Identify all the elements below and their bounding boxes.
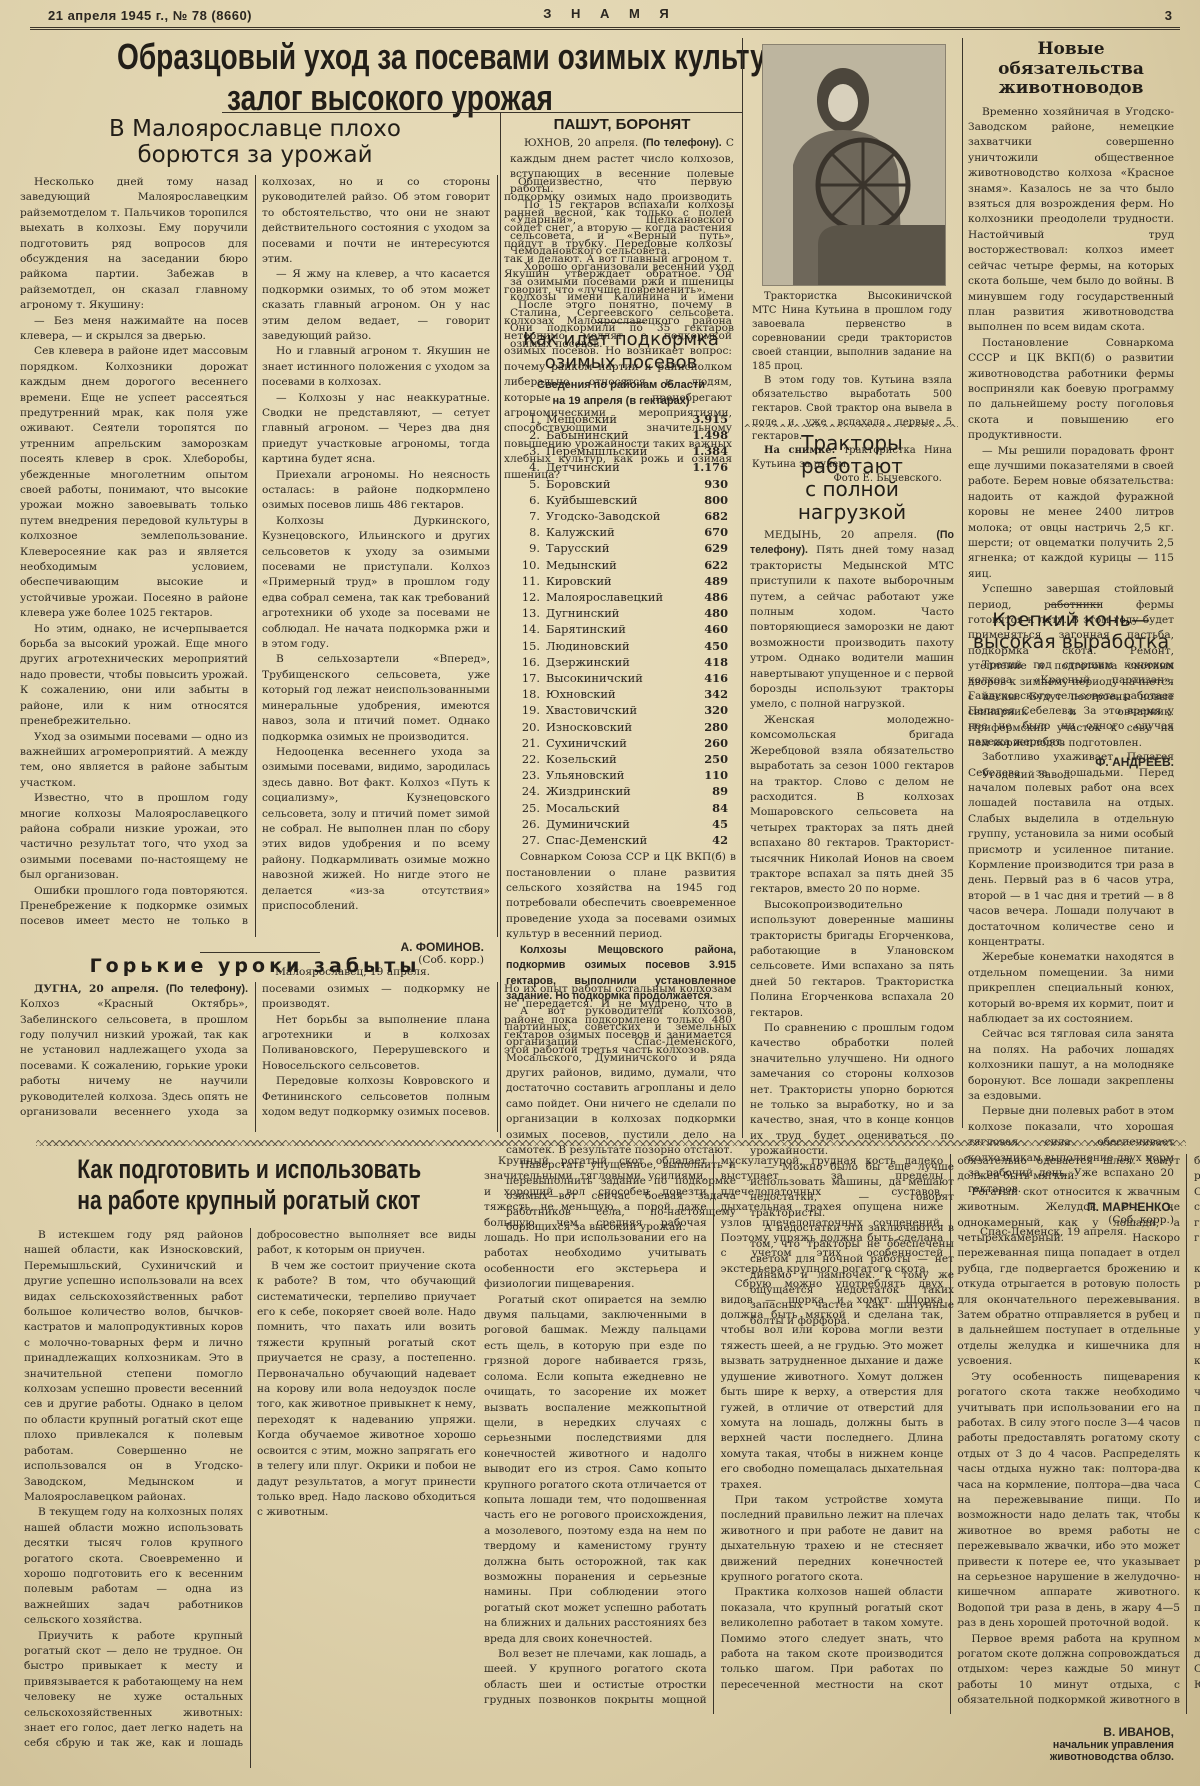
paragraph: Таким образом приучение крупного рогатог…: [1194, 1539, 1200, 1693]
paragraph: Сев клевера в районе идет массовым поряд…: [20, 344, 248, 621]
table-row: 3.Перемышльский1.384: [506, 443, 728, 459]
row-number: 10.: [506, 557, 546, 573]
hectares-value: 110: [668, 767, 728, 783]
row-number: 24.: [506, 783, 546, 799]
hectares-value: 486: [668, 589, 728, 605]
title-line: озимых посевов: [506, 351, 736, 374]
hectares-value: 480: [668, 605, 728, 621]
row-number: 4.: [506, 459, 546, 475]
page-number: 3: [1165, 8, 1172, 23]
row-number: 18.: [506, 686, 546, 702]
masthead-rule: [30, 27, 1180, 30]
author-role: животноводства облзо.: [960, 1751, 1174, 1763]
paragraph: По сравнению с прошлым годом качество об…: [750, 1021, 954, 1160]
table-row: 19.Хвастовичский320: [506, 702, 728, 718]
paragraph: Нет борьбы за выполнение плана агротехни…: [262, 1013, 490, 1075]
hectares-value: 260: [668, 735, 728, 751]
paragraph: При таком устройстве хомута последний пр…: [721, 1493, 944, 1585]
table-row: 18.Юхновский342: [506, 686, 728, 702]
district-name: Малоярославецкий: [546, 589, 668, 605]
hectares-value: 930: [668, 476, 728, 492]
district-name: Дзержинский: [546, 654, 668, 670]
table-row: 21.Сухиничский260: [506, 735, 728, 751]
tractor-driver-illustration: [763, 45, 945, 285]
table-row: 10.Медынский622: [506, 557, 728, 573]
district-name: Жиздринский: [546, 783, 668, 799]
paragraph: Но и главный агроном т. Якушин не знает …: [262, 344, 490, 390]
paragraph: Эту особенность пищеварения рогатого ско…: [957, 1370, 1180, 1632]
title-line: Как подготовить и использовать: [77, 1154, 412, 1185]
row-number: 3.: [506, 443, 546, 459]
table-row: 24.Жиздринский89: [506, 783, 728, 799]
hectares-value: 45: [668, 816, 728, 832]
row-number: 19.: [506, 702, 546, 718]
article-title: Тракторы работают с полной нагрузкой: [750, 432, 954, 524]
table-row: 14.Барятинский460: [506, 621, 728, 637]
section-rule: [200, 952, 320, 953]
hectares-value: 1.176: [668, 459, 728, 475]
row-number: 2.: [506, 427, 546, 443]
table-row: 25.Мосальский84: [506, 800, 728, 816]
photo-tractor-driver: [762, 44, 946, 286]
dateline: ЮХНОВ, 20 апреля.: [524, 137, 638, 149]
table-row: 5.Боровский930: [506, 476, 728, 492]
masthead: 21 апреля 1945 г., № 78 (8660) З Н А М Я…: [40, 6, 1180, 28]
article-cattle-title: Как подготовить и использовать на работе…: [30, 1154, 460, 1216]
row-number: 26.: [506, 816, 546, 832]
paragraph: Женская молодежно-комсомольская бригада …: [750, 713, 954, 898]
row-number: 16.: [506, 654, 546, 670]
article-title: Горькие уроки забыты: [20, 956, 490, 978]
paragraph: По 15 гектаров вспахали колхозы «Ударный…: [510, 198, 734, 260]
highlight-paragraph: Колхозы Мещовского района, подкормив ози…: [506, 943, 736, 1005]
row-number: 20.: [506, 719, 546, 735]
article-title: Крепкий конь— высокая выработка: [968, 610, 1174, 654]
district-name: Перемышльский: [546, 443, 668, 459]
district-name: Юхновский: [546, 686, 668, 702]
table-row: 6.Куйбышевский800: [506, 492, 728, 508]
table-row: 26.Думиничский45: [506, 816, 728, 832]
article-gorkie-uroki: Горькие уроки забыты ДУГНА, 20 апреля. (…: [20, 956, 490, 1132]
district-name: Куйбышевский: [546, 492, 668, 508]
title-line: борются за урожай: [20, 142, 490, 168]
paragraph: — Я жму на клевер, а что касается подкор…: [262, 267, 490, 344]
table-row: 15.Людиновский450: [506, 638, 728, 654]
district-name: Сухиничский: [546, 735, 668, 751]
table-row: 20.Износковский280: [506, 719, 728, 735]
table-row: 23.Ульяновский110: [506, 767, 728, 783]
section-divider: [36, 1140, 1186, 1146]
paragraph: Но этим, однако, не исчерпывается борьба…: [20, 622, 248, 730]
district-name: Дугнинский: [546, 605, 668, 621]
column-divider: [742, 38, 743, 1138]
hectares-value: 342: [668, 686, 728, 702]
table-row: 4.Детчинский1.176: [506, 459, 728, 475]
row-number: 22.: [506, 751, 546, 767]
hectares-value: 629: [668, 540, 728, 556]
hectares-value: 450: [668, 638, 728, 654]
title-line: животноводов: [968, 79, 1174, 99]
hectares-value: 42: [668, 832, 728, 848]
district-name: Бабынинский: [546, 427, 668, 443]
paragraph: В текущем году на колхозных полях нашей …: [24, 1505, 243, 1628]
table-row: 22.Козельский250: [506, 751, 728, 767]
district-name: Спас-Деменский: [546, 832, 668, 848]
article-body: ЮХНОВ, 20 апреля. (По телефону). С кажды…: [510, 136, 734, 352]
district-name: Людиновский: [546, 638, 668, 654]
article-body: ДУГНА, 20 апреля. (По телефону). Колхоз …: [20, 982, 490, 1132]
hectares-value: 250: [668, 751, 728, 767]
district-name: Козельский: [546, 751, 668, 767]
article-maloyaroslavets: В Малоярославце плохо борются за урожай …: [20, 116, 490, 978]
subtitle-line: на 19 апреля (в гектарах): [506, 393, 736, 409]
district-name: Боровский: [546, 476, 668, 492]
district-name: Тарусский: [546, 540, 668, 556]
hectares-value: 416: [668, 670, 728, 686]
article-pashut-boronyat: ПАШУТ, БОРОНЯТ ЮХНОВ, 20 апреля. (По тел…: [510, 116, 734, 352]
feeding-report: Как идет подкормка озимых посевов Сведен…: [506, 328, 736, 1235]
row-number: 27.: [506, 832, 546, 848]
title-line: высокая выработка: [968, 632, 1174, 654]
district-name: Калужский: [546, 524, 668, 540]
hectares-value: 84: [668, 800, 728, 816]
table-row: 9.Тарусский629: [506, 540, 728, 556]
report-subtitle: Сведения по районам области на 19 апреля…: [506, 377, 736, 409]
paragraph: Несколько дней тому назад заведующий Мал…: [20, 175, 248, 314]
hectares-value: 682: [668, 508, 728, 524]
title-line: В Малоярославце плохо: [20, 116, 490, 142]
paragraph: — Без меня нажимайте на посев клевера, —…: [20, 314, 248, 345]
row-number: 17.: [506, 670, 546, 686]
paragraph: — Мы решили порадовать фронт еще лучшими…: [968, 444, 1174, 583]
paragraph: Рогатый скот опирается на землю двумя па…: [484, 1293, 707, 1647]
table-row: 16.Дзержинский418: [506, 654, 728, 670]
row-number: 11.: [506, 573, 546, 589]
district-name: Ульяновский: [546, 767, 668, 783]
table-row: 11.Кировский489: [506, 573, 728, 589]
table-row: 13.Дугнинский480: [506, 605, 728, 621]
article-title: Новые обязательства животноводов: [968, 40, 1174, 99]
paragraph: Заботливо ухаживает Пелагея Себелева за …: [968, 750, 1174, 950]
paragraph: Уход за озимыми посевами — одно из важне…: [20, 730, 248, 792]
table-row: 1.Мещовский3.915: [506, 411, 728, 427]
hectares-value: 460: [668, 621, 728, 637]
table-row: 12.Малоярославецкий486: [506, 589, 728, 605]
district-name: Мещовский: [546, 411, 668, 427]
district-name: Кировский: [546, 573, 668, 589]
dateline: ДУГНА, 20 апреля.: [34, 983, 159, 995]
row-number: 23.: [506, 767, 546, 783]
district-table: 1.Мещовский3.9152.Бабынинский1.4983.Пере…: [506, 411, 736, 848]
hectares-value: 489: [668, 573, 728, 589]
table-row: 17.Высокиничский416: [506, 670, 728, 686]
paragraph: Чтобы своевременно подготовить крупный р…: [1194, 1246, 1200, 1539]
column-divider: [500, 112, 501, 1138]
paragraph: В чем же состоит приучение скота к работ…: [257, 1259, 476, 1521]
banner-underline: [222, 112, 742, 113]
row-number: 25.: [506, 800, 546, 816]
paragraph: Постановление Совнаркома СССР и ЦК ВКП(б…: [968, 336, 1174, 444]
hectares-value: 800: [668, 492, 728, 508]
row-number: 12.: [506, 589, 546, 605]
table-row: 7.Угодско-Заводской682: [506, 508, 728, 524]
district-name: Износковский: [546, 719, 668, 735]
banner-line-1: Образцовый уход за посевами озимых культ…: [117, 36, 663, 77]
row-number: 9.: [506, 540, 546, 556]
paragraph: Недооценка весеннего ухода за озимыми по…: [262, 745, 490, 914]
paragraph: Жеребые конематки находятся в отдельном …: [968, 950, 1174, 1027]
row-number: 8.: [506, 524, 546, 540]
hectares-value: 320: [668, 702, 728, 718]
row-number: 1.: [506, 411, 546, 427]
dateline-note: (По телефону).: [642, 137, 721, 149]
paragraph: Колхозы Дуркинского, Кузнецовского, Ильи…: [262, 514, 490, 653]
caption-paragraph: Трактористка Высокиничской МТС Нина Куть…: [752, 290, 952, 374]
paragraph: Сбрую можно употреблять двух видов — шор…: [721, 1277, 944, 1493]
paragraph: Третий год старшим конюхом колхоза «Крас…: [968, 658, 1174, 750]
section-divider: [742, 424, 958, 427]
row-number: 7.: [506, 508, 546, 524]
title-line: с полной нагрузкой: [750, 478, 954, 524]
article-cattle-body-part2: Крупный рогатый скот обладает значительн…: [484, 1154, 1180, 1714]
hectares-value: 418: [668, 654, 728, 670]
article-cattle-body-part1: В истекшем году ряд районов нашей област…: [24, 1228, 476, 1768]
district-name: Медынский: [546, 557, 668, 573]
report-title: Как идет подкормка озимых посевов: [506, 328, 736, 375]
author-role: начальник управления: [960, 1739, 1174, 1751]
paragraph: Крупный рогатый скот обладает значительн…: [484, 1154, 707, 1293]
paragraph: В истекшем году ряд районов нашей област…: [24, 1228, 243, 1505]
paragraph: Известно, что в прошлом году многие колх…: [20, 791, 248, 883]
hectares-value: 3.915: [668, 411, 728, 427]
row-number: 15.: [506, 638, 546, 654]
district-name: Барятинский: [546, 621, 668, 637]
district-name: Мосальский: [546, 800, 668, 816]
district-name: Угодско-Заводской: [546, 508, 668, 524]
dateline: МЕДЫНЬ, 20 апреля.: [764, 529, 917, 541]
paragraph: Высокопроизводительно используют доверен…: [750, 898, 954, 1021]
title-line: Крепкий конь—: [968, 610, 1174, 632]
paragraph: Пять дней тому назад трактористы Медынск…: [750, 544, 954, 710]
district-name: Хвастовичский: [546, 702, 668, 718]
article-body: Несколько дней тому назад заведующий Мал…: [20, 175, 490, 937]
paragraph: Совнарком Союза ССР и ЦК ВКП(б) в постан…: [506, 850, 736, 942]
section-rule: [595, 322, 645, 323]
row-number: 21.: [506, 735, 546, 751]
row-number: 5.: [506, 476, 546, 492]
district-name: Высокиничский: [546, 670, 668, 686]
article-title: В Малоярославце плохо борются за урожай: [20, 116, 490, 169]
title-line: Новые обязательства: [968, 40, 1174, 79]
article-body: Третий год старшим конюхом колхоза «Крас…: [968, 658, 1174, 1197]
banner-headline: Образцовый уход за посевами озимых культ…: [40, 36, 740, 119]
hectares-value: 280: [668, 719, 728, 735]
table-row: 8.Калужский670: [506, 524, 728, 540]
paragraph: Временно хозяйничая в Угодско-Заводском …: [968, 105, 1174, 336]
row-number: 13.: [506, 605, 546, 621]
table-row: 27.Спас-Деменский42: [506, 832, 728, 848]
section-rule: [1050, 604, 1100, 605]
hectares-value: 1.498: [668, 427, 728, 443]
row-number: 6.: [506, 492, 546, 508]
paragraph: Приехали агрономы. Но неясность осталась…: [262, 468, 490, 514]
title-line: на работе крупный рогатый скот: [77, 1185, 412, 1216]
district-name: Думиничский: [546, 816, 668, 832]
hectares-value: 670: [668, 524, 728, 540]
paragraph: А вот руководители колхозов, партийных, …: [506, 1004, 736, 1158]
newspaper-name: З Н А М Я: [40, 6, 1180, 21]
dateline-note: (По телефону).: [166, 983, 248, 995]
hectares-value: 89: [668, 783, 728, 799]
article-title: ПАШУТ, БОРОНЯТ: [510, 116, 734, 133]
table-row: 2.Бабынинский1.498: [506, 427, 728, 443]
cattle-byline: В. ИВАНОВ, начальник управления животнов…: [960, 1722, 1174, 1763]
district-name: Детчинский: [546, 459, 668, 475]
paragraph: В сельхозартели «Вперед», Трубищенского …: [262, 652, 490, 744]
column-divider: [962, 38, 963, 1128]
title-line: Тракторы работают: [750, 432, 954, 478]
paragraph: Рогатый скот относится к жвачным животны…: [957, 1185, 1180, 1370]
row-number: 14.: [506, 621, 546, 637]
author-name: В. ИВАНОВ,: [960, 1725, 1174, 1739]
paragraph: Сейчас вся тягловая сила занята на полях…: [968, 1027, 1174, 1104]
hectares-value: 622: [668, 557, 728, 573]
paragraph: — Колхозы у нас неаккуратные. Сводки не …: [262, 391, 490, 468]
subtitle-line: Сведения по районам области: [506, 377, 736, 393]
title-line: Как идет подкормка: [506, 328, 736, 351]
hectares-value: 1.384: [668, 443, 728, 459]
